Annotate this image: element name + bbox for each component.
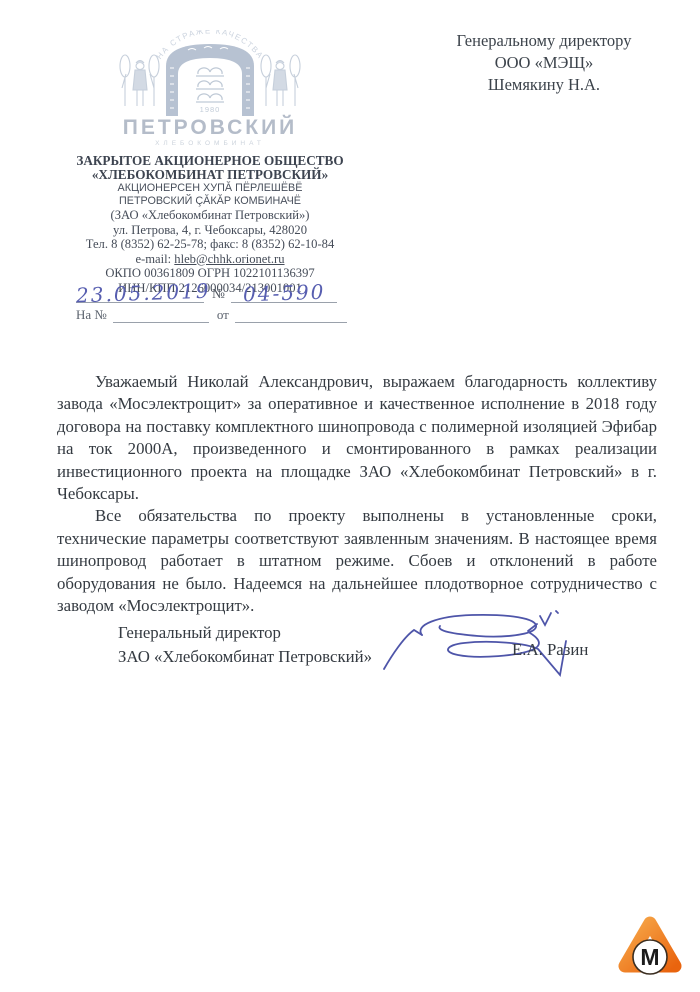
reply-from-label: от [217,307,229,323]
org-name: «ХЛЕБОКОМБИНАТ ПЕТРОВСКИЙ» [26,168,394,182]
org-email-line: e-mail: hleb@chhk.orionet.ru [26,252,394,267]
letter-body: Уважаемый Николай Александрович, выражае… [57,371,657,617]
watermark-letter: M [640,944,659,970]
org-name-chuvash-2: ПЕТРОВСКИЙ ÇĂКĂР КОМБИНАЧЁ [26,195,394,208]
outgoing-number-row: 23.05.2019 № 04-590 [76,276,376,303]
org-address: ул. Петрова, 4, г. Чебоксары, 428020 [26,223,394,238]
baker-figure-left-icon [120,55,159,106]
reference-block: 23.05.2019 № 04-590 На № от [76,276,376,323]
org-legal-form: ЗАКРЫТОЕ АКЦИОНЕРНОЕ ОБЩЕСТВО [26,154,394,168]
reply-to-row: На № от [76,303,376,323]
paragraph-1: Уважаемый Николай Александрович, выражае… [57,371,657,505]
recipient-position: Генеральному директору [424,30,664,52]
signature-title-block: Генеральный директор ЗАО «Хлебокомбинат … [118,621,372,668]
reply-to-label: На № [76,307,107,323]
logo-brand-subtext: ХЛЕБОКОМБИНАТ [26,140,394,148]
reply-from-date-blank [235,309,347,323]
outgoing-number-field: 04-590 [231,281,337,303]
org-name-chuvash-1: АКЦИОНЕРСЕН ХУПĂ ПЁРЛЕШЁВЁ [26,182,394,195]
recipient-block: Генеральному директору ООО «МЭЩ» Шемякин… [424,30,664,96]
signer-name: Е.А. Разин [512,640,588,660]
org-email-label: e-mail: [135,252,171,266]
paragraph-2: Все обязательства по проекту выполнены в… [57,505,657,617]
org-email-address: hleb@chhk.orionet.ru [174,252,284,266]
logo-brand-text: ПЕТРОВСКИЙ [26,118,394,138]
petrovsky-arch-logo-icon: НА СТРАЖЕ КАЧЕСТВА [110,30,310,118]
recipient-company: ООО «МЭЩ» [424,52,664,74]
handwritten-number: 04-590 [242,282,325,305]
logo-year: 1980 [200,105,221,114]
signer-company: ЗАО «Хлебокомбинат Петровский» [118,645,372,669]
baker-figure-right-icon [261,55,300,106]
reply-to-number-blank [113,309,209,323]
org-details: ЗАКРЫТОЕ АКЦИОНЕРНОЕ ОБЩЕСТВО «ХЛЕБОКОМБ… [26,154,394,295]
scanned-letter-page: Генеральному директору ООО «МЭЩ» Шемякин… [0,0,700,992]
handwritten-date: 23.05.2019 [76,281,211,306]
letterhead: НА СТРАЖЕ КАЧЕСТВА [26,30,394,295]
recipient-name: Шемякину Н.А. [424,74,664,96]
outgoing-date-field: 23.05.2019 [76,281,204,303]
signer-position: Генеральный директор [118,621,372,645]
org-phone-fax: Тел. 8 (8352) 62-25-78; факс: 8 (8352) 6… [26,237,394,252]
watermark-m-logo-icon: M [610,910,690,986]
org-short-name: (ЗАО «Хлебокомбинат Петровский») [26,208,394,223]
